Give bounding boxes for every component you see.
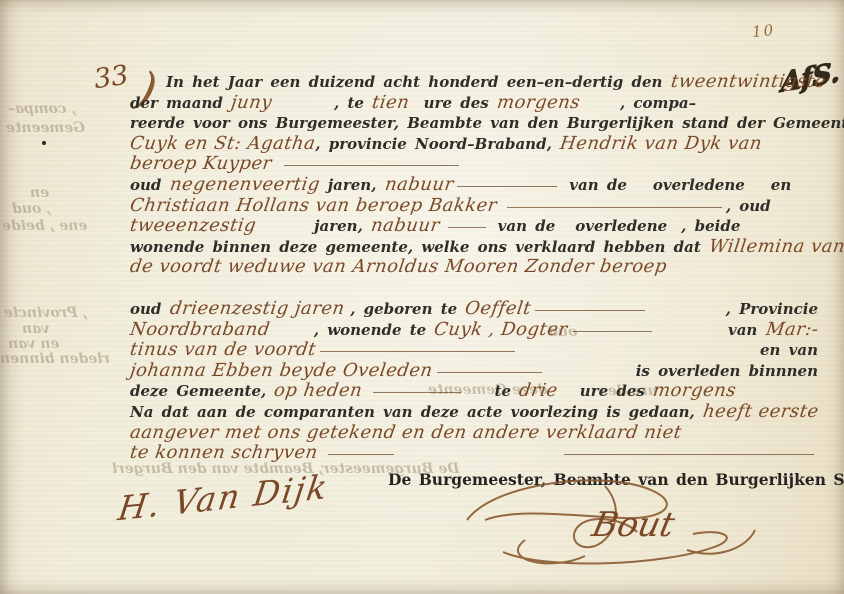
printed-text: der maand (130, 94, 231, 112)
bleed-through-text: van (22, 321, 49, 337)
printed-text: ure des (415, 94, 497, 112)
fill-dash (328, 453, 394, 455)
bleed-through-text: , Provincie (4, 305, 87, 321)
form-line: beroep Kuyper (130, 154, 818, 175)
fill-dash (457, 185, 557, 187)
signature-burgemeester: Bout (455, 468, 765, 583)
page-number: 10 (751, 21, 776, 41)
printed-text: overledene (575, 217, 667, 235)
printed-text: van de (498, 217, 556, 235)
form-line: , Provincieoud drieenzestig jaren, gebor… (130, 299, 818, 320)
printed-text: is overleden binnnen (636, 362, 818, 380)
printed-text: oud (130, 300, 170, 318)
form-line: is overleden binnnenjohanna Ebben beyde … (130, 361, 818, 382)
handwritten-text: beroep Kuyper (129, 154, 274, 175)
printed-text: wonende binnen deze gemeente, welke ons … (130, 238, 709, 256)
handwritten-text: Mar:- (764, 320, 819, 341)
printed-text: , compa– (620, 94, 696, 112)
handwritten-text: tien (371, 93, 411, 114)
handwritten-text: Christiaan Hollans van beroep Bakker (129, 196, 499, 217)
printed-text: , te (334, 94, 372, 112)
fill-dash (564, 453, 814, 455)
bleed-through-text: en (30, 185, 49, 201)
handwritten-text: Noordbraband (129, 320, 272, 341)
handwritten-text: Oeffelt (464, 299, 533, 320)
form-line: te konnen schryven (130, 443, 818, 464)
bleed-through-text: , compa– (8, 101, 76, 117)
fill-dash (535, 309, 645, 311)
fill-dash (373, 391, 461, 393)
form-line: reerde voor ons Burgemeester, Beambte va… (130, 113, 818, 134)
printed-text: , oud (726, 197, 771, 215)
line-right-fragment: , Provincie (726, 299, 818, 320)
printed-text: , provincie Noord–Braband, (315, 135, 560, 153)
handwritten-text: johanna Ebben beyde Oveleden (129, 361, 434, 382)
scanned-death-certificate: , compa–Gemeenteen, oudene , beide, Prov… (0, 0, 844, 594)
handwritten-text: nabuur (383, 175, 455, 196)
printed-text: jaren, (319, 176, 384, 194)
bleed-through-text: Gemeente (6, 120, 85, 136)
fill-dash (437, 371, 542, 373)
form-line: Na dat aan de comparanten van deze acte … (130, 402, 818, 423)
form-line: In het Jaar een duizend acht honderd een… (166, 72, 818, 93)
signature-burgemeester-text: Bout (588, 505, 679, 545)
printed-text: , wonende te (314, 321, 435, 339)
handwritten-text: drieenzestig jaren (168, 299, 345, 320)
printed-text: van (728, 321, 766, 339)
printed-text: ure des (580, 382, 653, 400)
handwritten-text: nabuur (370, 216, 442, 237)
handwritten-text: tinus van de voordt (129, 340, 318, 361)
line-right-fragment: is overleden binnnen (636, 361, 818, 382)
printed-text: , geboren te (350, 300, 465, 318)
form-line: aangever met ons getekend en den andere … (130, 423, 818, 444)
form-line: deze Gemeente, op hedente drieure des mo… (130, 381, 818, 402)
handwritten-text: aangever met ons getekend en den andere … (129, 423, 683, 444)
form-line: en vantinus van de voordt (130, 340, 818, 361)
fill-dash (320, 350, 515, 352)
printed-text: reerde voor ons Burgemeester, Beambte va… (130, 114, 844, 132)
printed-text: , Provincie (726, 300, 818, 318)
handwritten-text: Cuyk en St: Agatha (129, 134, 317, 155)
line-right-fragment: en van (760, 340, 818, 361)
printed-text: In het Jaar een duizend acht honderd een… (166, 73, 671, 91)
handwritten-text: juny (230, 93, 274, 114)
handwritten-text: morgens (495, 93, 581, 114)
printed-text: oud (130, 176, 170, 194)
form-line: Christiaan Hollans van beroep Bakker, ou… (130, 196, 818, 217)
line-right-fragment: van Mar:- (728, 320, 818, 341)
printed-text: Na dat aan de comparanten van deze acte … (130, 403, 703, 421)
bleed-through-text: rleden binnen (0, 351, 110, 367)
bleed-through-text: ene , beide (2, 218, 87, 234)
printed-text: van de (569, 176, 627, 194)
bleed-through-text: en van (8, 336, 59, 352)
fill-dash (572, 330, 652, 332)
printed-text: en van (760, 341, 818, 359)
handwritten-text: Cuyk , Dogter (433, 320, 569, 341)
line-right-fragment (560, 443, 818, 464)
handwritten-text: Willemina van (708, 237, 844, 258)
handwritten-text: op heden (273, 381, 364, 402)
handwritten-text: negenenveertig (168, 175, 321, 196)
handwritten-text: morgens (652, 381, 738, 402)
form-line: Cuyk en St: Agatha, provincie Noord–Brab… (130, 134, 818, 155)
printed-text: deze Gemeente, (130, 382, 274, 400)
form-line: de voordt weduwe van Arnoldus Mooren Zon… (130, 257, 818, 278)
form-line: der maand juny, te tien ure des morgens,… (130, 93, 818, 114)
fill-dash (507, 206, 722, 208)
form-line: tweeenzestigjaren, nabuurvan deoverleden… (130, 216, 818, 237)
handwritten-text: Hendrik van Dyk van (559, 134, 764, 155)
entry-number: 33 (92, 60, 130, 95)
handwritten-text: te konnen schryven (129, 443, 326, 464)
printed-text: overledene (653, 176, 745, 194)
printed-text: jaren, (314, 217, 371, 235)
handwritten-text: tweentwintigste (669, 72, 827, 93)
act-text-block: In het Jaar een duizend acht honderd een… (130, 72, 818, 464)
printed-text: te (495, 382, 520, 400)
ink-spot (42, 141, 46, 145)
bleed-through-text: , oud (12, 201, 51, 217)
fill-dash (448, 226, 486, 228)
form-line: oud negenenveertig jaren, nabuurvan deov… (130, 175, 818, 196)
handwritten-text: tweeenzestig (129, 216, 258, 237)
handwritten-text: drie (518, 381, 559, 402)
handwritten-text: de voordt weduwe van Arnoldus Mooren Zon… (129, 257, 669, 278)
form-line: van Mar:-Noordbraband, wonende te Cuyk ,… (130, 320, 818, 341)
printed-text: , beide (681, 217, 740, 235)
form-line: wonende binnen deze gemeente, welke ons … (130, 237, 818, 258)
printed-text: en (771, 176, 791, 194)
fill-dash (284, 164, 459, 166)
handwritten-text: heeft eerste (702, 402, 820, 423)
